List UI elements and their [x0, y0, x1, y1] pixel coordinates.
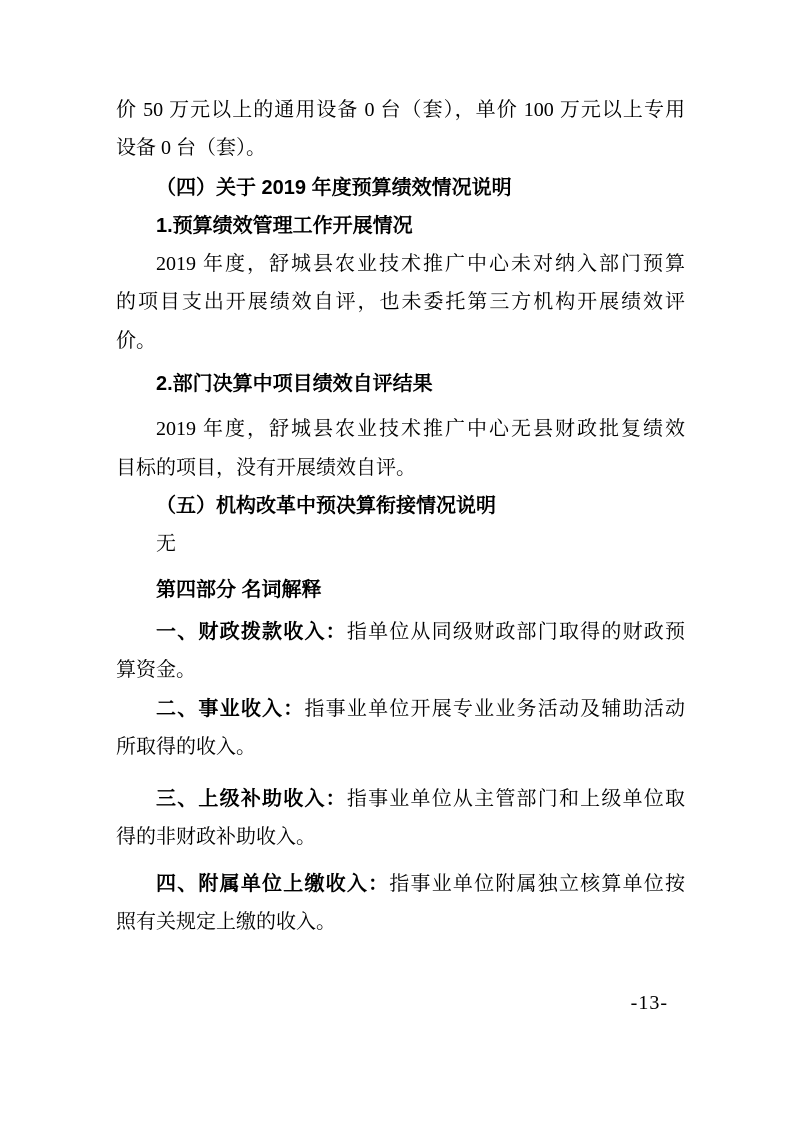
document-page: 价 50 万元以上的通用设备 0 台（套），单价 100 万元以上专用 设备 0… [0, 0, 793, 1122]
term-name: 一、财政拨款收入： [156, 621, 347, 643]
term-definition-line: 一、财政拨款收入：指单位从同级财政部门取得的财政预 [116, 613, 685, 651]
paragraph-line: 价。 [116, 322, 685, 360]
part-four-heading: 第四部分 名词解释 [116, 571, 685, 609]
paragraph-line: 价 50 万元以上的通用设备 0 台（套），单价 100 万元以上专用 [116, 91, 685, 129]
term-name: 三、上级补助收入： [156, 788, 347, 810]
term-name: 四、附属单位上缴收入： [156, 873, 389, 895]
paragraph-line: 的项目支出开展绩效自评，也未委托第三方机构开展绩效评 [116, 283, 685, 321]
term-description: 指事业单位附属独立核算单位按 [389, 873, 685, 895]
paragraph-line: 算资金。 [116, 651, 685, 689]
section-heading-five: （五）机构改革中预决算衔接情况说明 [116, 487, 685, 525]
paragraph-line: 所取得的收入。 [116, 728, 685, 766]
term-definition-line: 三、上级补助收入：指事业单位从主管部门和上级单位取 [116, 780, 685, 818]
paragraph-line: 无 [116, 525, 685, 563]
subsection-heading-1: 1.预算绩效管理工作开展情况 [116, 207, 685, 245]
subsection-heading-2: 2.部门决算中项目绩效自评结果 [116, 365, 685, 403]
paragraph-line: 得的非财政补助收入。 [116, 818, 685, 856]
term-definition-line: 四、附属单位上缴收入：指事业单位附属独立核算单位按 [116, 865, 685, 903]
term-description: 指事业单位从主管部门和上级单位取 [347, 788, 685, 810]
paragraph-line: 目标的项目，没有开展绩效自评。 [116, 449, 685, 487]
paragraph-line: 2019 年度，舒城县农业技术推广中心未对纳入部门预算 [116, 245, 685, 283]
paragraph-line: 设备 0 台（套）。 [116, 129, 685, 167]
term-description: 指单位从同级财政部门取得的财政预 [347, 621, 685, 643]
paragraph-line: 2019 年度，舒城县农业技术推广中心无县财政批复绩效 [116, 410, 685, 448]
term-description: 指事业单位开展专业业务活动及辅助活动 [304, 698, 685, 720]
paragraph-line: 照有关规定上缴的收入。 [116, 903, 685, 941]
page-body: 价 50 万元以上的通用设备 0 台（套），单价 100 万元以上专用 设备 0… [116, 91, 685, 941]
term-name: 二、事业收入： [156, 698, 304, 720]
term-definition-line: 二、事业收入：指事业单位开展专业业务活动及辅助活动 [116, 690, 685, 728]
section-heading-four: （四）关于 2019 年度预算绩效情况说明 [116, 169, 685, 207]
page-number: -13- [631, 992, 668, 1015]
